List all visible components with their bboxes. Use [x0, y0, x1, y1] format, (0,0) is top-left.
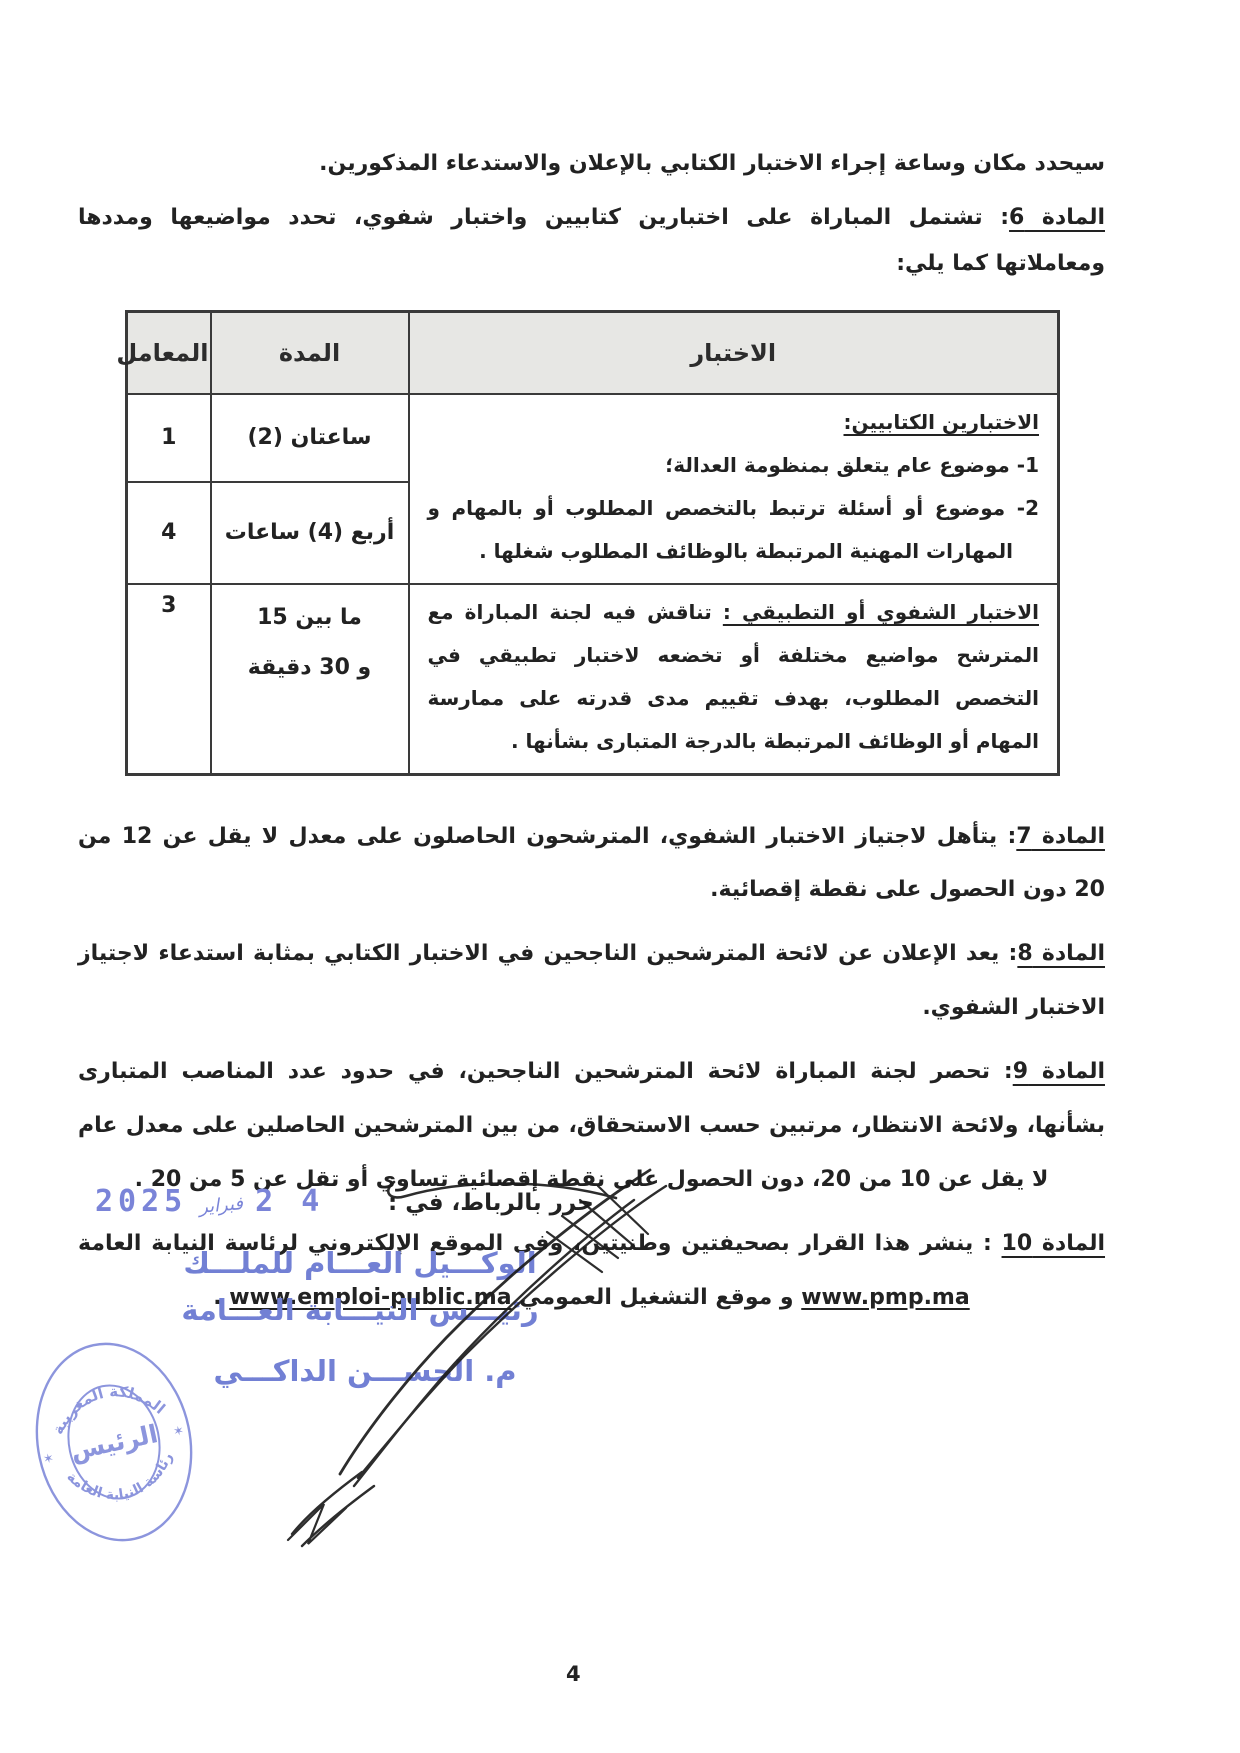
table-row-written-1: الاختبارين الكتابيين: 1- موضوع عام يتعلق…	[127, 394, 1059, 483]
article-9-label: المادة 9	[1013, 1059, 1105, 1084]
date-stamp: 2025 فبراير 2 4	[95, 1184, 324, 1219]
article-6-label: المادة 6	[1009, 205, 1105, 230]
duration-line-2: و 30 دقيقة	[213, 643, 407, 694]
header-exam: الاختبار	[409, 311, 1059, 394]
official-round-stamp: المملكة المغربية رئاسة النيابة العامة ال…	[24, 1332, 204, 1552]
written-tests-cell: الاختبارين الكتابيين: 1- موضوع عام يتعلق…	[409, 394, 1059, 584]
stamp-star-right: ✶	[172, 1423, 186, 1440]
date-year: 2025	[95, 1184, 187, 1219]
article-7-label: المادة 7	[1016, 824, 1105, 849]
stamp-star-left: ✶	[42, 1451, 56, 1468]
oral-test-cell: الاختبار الشفوي أو التطبيقي : تناقش فيه …	[409, 584, 1059, 775]
coefficient-cell-3: 3	[127, 584, 211, 775]
table-row-oral: الاختبار الشفوي أو التطبيقي : تناقش فيه …	[127, 584, 1059, 775]
duration-cell-3: ما بين 15 و 30 دقيقة	[211, 584, 409, 775]
duration-cell-2: أربع (4) ساعات	[211, 482, 409, 583]
coefficient-cell-2: 4	[127, 482, 211, 583]
coefficient-cell-1: 1	[127, 394, 211, 483]
signature-block: 2025 فبراير 2 4 حرر بالرباط، في : الوكــ…	[0, 1140, 1240, 1640]
signer-title-1: الوكـــيل العـــام للملـــك	[140, 1240, 580, 1287]
document-page: سيحدد مكان وساعة إجراء الاختبار الكتابي …	[0, 0, 1240, 1753]
signer-title-2: رئيـــس النيـــابة العـــامة	[140, 1287, 580, 1334]
written-tests-item-1: 1- موضوع عام يتعلق بمنظومة العدالة؛	[428, 444, 1040, 487]
date-day: 2 4	[255, 1184, 324, 1219]
written-tests-title: الاختبارين الكتابيين:	[428, 401, 1040, 444]
exam-table: الاختبار المدة المعامل الاختبارين الكتاب…	[125, 310, 1060, 776]
document-content: سيحدد مكان وساعة إجراء الاختبار الكتابي …	[78, 0, 1105, 1325]
article-8: المادة 8: يعد الإعلان عن لائحة المترشحين…	[78, 927, 1105, 1035]
table-header-row: الاختبار المدة المعامل	[127, 311, 1059, 394]
article-7-text: : يتأهل لاجتياز الاختبار الشفوي، المترشح…	[78, 824, 1105, 903]
header-duration: المدة	[211, 311, 409, 394]
page-number: 4	[566, 1662, 581, 1686]
article-8-label: المادة 8	[1017, 941, 1105, 966]
stamp-text-center: الرئيس	[68, 1419, 161, 1467]
header-coefficient: المعامل	[127, 311, 211, 394]
signer-name: م. الحســـن الداكـــي	[150, 1354, 580, 1388]
oral-test-title: الاختبار الشفوي أو التطبيقي :	[723, 600, 1039, 624]
written-tests-item-2: 2- موضوع أو أسئلة ترتبط بالتخصص المطلوب …	[428, 487, 1040, 573]
date-month: فبراير	[198, 1193, 244, 1218]
article-6-text: : تشتمل المباراة على اختبارين كتابيين وا…	[78, 205, 1105, 276]
duration-line-1: ما بين 15	[213, 593, 407, 644]
intro-line: سيحدد مكان وساعة إجراء الاختبار الكتابي …	[78, 146, 1105, 181]
duration-cell-1: ساعتان (2)	[211, 394, 409, 483]
article-6: المادة 6: تشتمل المباراة على اختبارين كت…	[78, 195, 1105, 287]
article-7: المادة 7: يتأهل لاجتياز الاختبار الشفوي،…	[78, 810, 1105, 918]
signature-place-line: حرر بالرباط، في :	[388, 1190, 594, 1216]
article-8-text: : يعد الإعلان عن لائحة المترشحين الناجحي…	[78, 941, 1105, 1020]
signer-titles: الوكـــيل العـــام للملـــك رئيـــس الني…	[140, 1240, 580, 1334]
